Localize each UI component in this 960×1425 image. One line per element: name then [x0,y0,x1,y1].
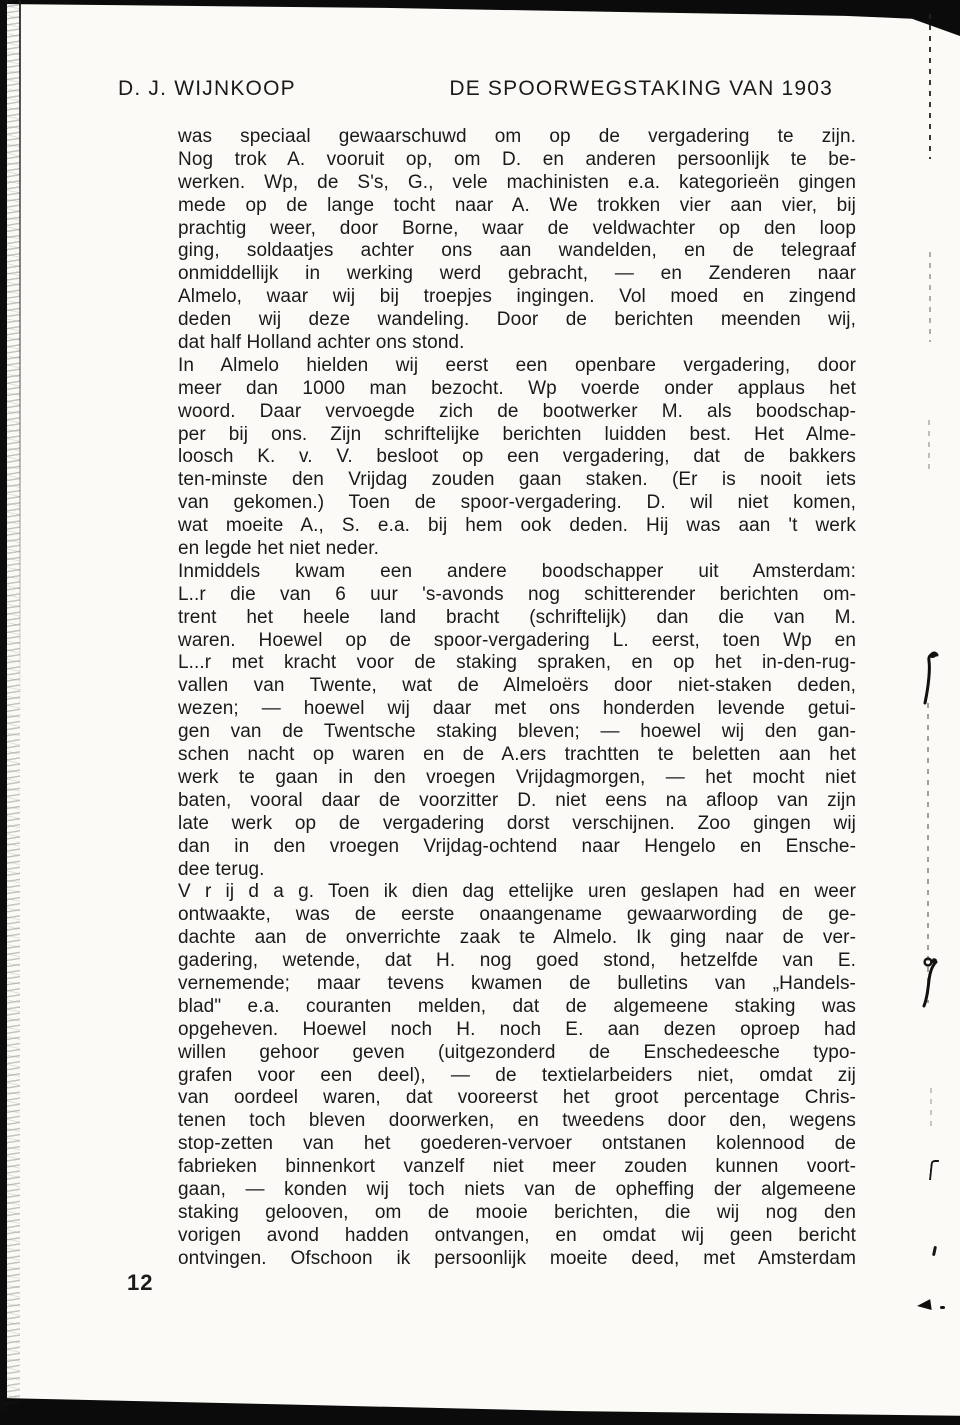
text-line: Inmiddels kwam een andere boodschapper u… [178,561,856,584]
scan-gutter-line [19,0,21,720]
text-line: ging, soldaatjes achter ons aan wandelde… [178,240,856,263]
text-line: loosch K. v. V. besloot op een vergaderi… [178,446,856,469]
page-number: 12 [127,1270,153,1296]
text-line: ten-minste den Vrijdag zouden gaan stake… [178,469,856,492]
scanned-book-page: D. J. WIJNKOOP DE SPOORWEGSTAKING VAN 19… [0,0,960,1425]
scan-dashed-line-segment [930,1088,932,1128]
text-line: late werk op de vergadering dorst versch… [178,813,856,836]
text-line: vallen van Twente, wat de Almeloërs door… [178,675,856,698]
ink-hook-mark [922,650,940,706]
ink-tick-mark [929,1160,939,1180]
text-line: was speciaal gewaarschuwd om op de verga… [178,126,856,149]
scan-dashed-line-segment [929,14,931,159]
text-line: wat moeite A., S. e.a. bij hem ook deden… [178,515,856,538]
text-line: meer dan 1000 man bezocht. Wp voerde ond… [178,378,856,401]
text-line: baten, vooral daar de voorzitter D. niet… [178,790,856,813]
text-line: ontwaakte, was de eerste onaangename gew… [178,904,856,927]
text-line: waren. Hoewel op de spoor-vergadering L.… [178,630,856,653]
text-line: schen nacht op waren en de A.ers trachtt… [178,744,856,767]
text-line: grafen voor een deel), — de textielarbei… [178,1065,856,1088]
text-line: ontvingen. Ofschoon ik persoonlijk moeit… [178,1248,856,1271]
text-line: gen van de Twentsche staking bleven; — h… [178,721,856,744]
text-line: V r ij d a g. Toen ik dien dag ettelijke… [178,881,856,904]
text-line: dee terug. [178,859,856,882]
text-line: fabrieken binnenkort vanzelf niet meer z… [178,1156,856,1179]
scan-dashed-line-segment [927,703,929,1003]
scan-edge-left [0,0,7,1412]
text-line: van oordeel waren, dat vooreerst het gro… [178,1087,856,1110]
page-header-title: DE SPOORWEGSTAKING VAN 1903 [449,77,833,101]
text-line: deden wij deze wandeling. Door de berich… [178,309,856,332]
text-line: dan in den vroegen Vrijdag-ochtend naar … [178,836,856,859]
text-line: per bij ons. Zijn schriftelijke berichte… [178,424,856,447]
scan-edge-top [0,0,960,36]
text-line: wezen; — hoewel wij daar met ons honderd… [178,698,856,721]
text-line: gaan, — konden wij toch niets van de oph… [178,1179,856,1202]
text-line: gadering, wetende, dat H. nog goed stond… [178,950,856,973]
text-line: willen gehoor geven (uitgezonderd de Ens… [178,1042,856,1065]
text-line: dachte aan de onverrichte zaak te Almelo… [178,927,856,950]
text-line: dat half Holland achter ons stond. [178,332,856,355]
text-line: L..r die van 6 uur 's-avonds nog schitte… [178,584,856,607]
text-line: Almelo, waar wij bij troepjes ingingen. … [178,286,856,309]
scan-dashed-line-segment [928,420,930,475]
text-line: trent het heele land bracht (schriftelij… [178,607,856,630]
scan-dashed-line-segment [929,252,931,342]
text-line: blad" e.a. couranten melden, dat de alge… [178,996,856,1019]
text-line: werken. Wp, de S's, G., vele machinisten… [178,172,856,195]
text-line: In Almelo hielden wij eerst een openbare… [178,355,856,378]
text-line: onmiddellijk in werking werd gebracht, —… [178,263,856,286]
text-line: en legde het niet neder. [178,538,856,561]
body-text: was speciaal gewaarschuwd om op de verga… [178,126,856,1271]
text-line: werk te gaan in den vroegen Vrijdagmorge… [178,767,856,790]
scan-edge-bottom [0,1392,960,1425]
text-line: staking gelooven, om de mooie berichten,… [178,1202,856,1225]
scan-edge-left-noise [6,0,20,1405]
ink-hook-mark [920,956,940,1008]
page-header-author: D. J. WIJNKOOP [118,77,296,101]
text-line: woord. Daar vervoegde zich de bootwerker… [178,401,856,424]
ink-arrow-mark [916,1299,931,1312]
text-line: vorigen avond hadden ontvangen, en omdat… [178,1225,856,1248]
ink-dot-mark [940,1306,945,1309]
text-line: L...r met kracht voor de staking spraken… [178,652,856,675]
text-line: mede op de lange tocht naar A. We trokke… [178,195,856,218]
ink-comma-mark [932,1246,937,1256]
text-line: vernemende; maar tevens kwamen de bullet… [178,973,856,996]
text-line: Nog trok A. vooruit op, om D. en anderen… [178,149,856,172]
text-line: stop-zetten van het goederen-vervoer ont… [178,1133,856,1156]
text-line: tenen toch bleven doorwerken, en tweeden… [178,1110,856,1133]
text-line: opgeheven. Hoewel noch H. noch E. aan de… [178,1019,856,1042]
text-line: prachtig weer, door Borne, waar de veldw… [178,218,856,241]
text-line: van gekomen.) Toen de spoor-vergadering.… [178,492,856,515]
